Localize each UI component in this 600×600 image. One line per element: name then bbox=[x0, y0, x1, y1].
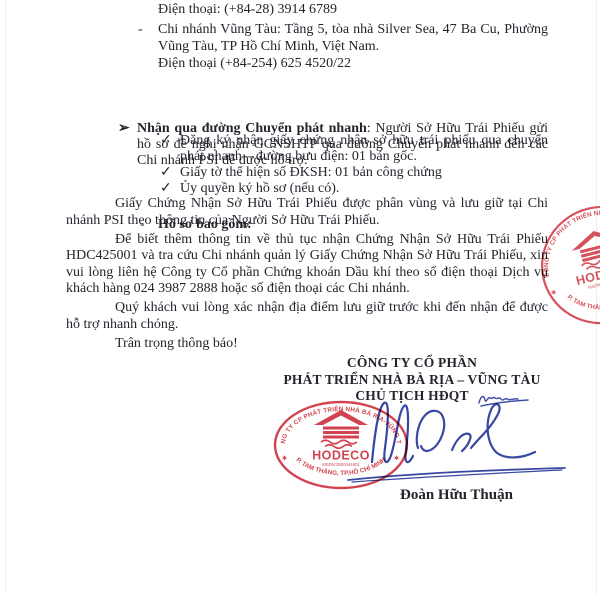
checklist-item-text: Giấy tờ thể hiện số ĐKSH: 01 bản công ch… bbox=[180, 165, 548, 181]
signature-ink bbox=[330, 390, 570, 490]
stamp-star-left: ✱ bbox=[551, 289, 558, 297]
checklist-item: ✓ Ủy quyền ký hồ sơ (nếu có). bbox=[160, 181, 548, 197]
stamp-house-logo-icon bbox=[568, 225, 600, 264]
branch-address: Chi nhánh Vũng Tàu: Tầng 5, tòa nhà Silv… bbox=[158, 21, 548, 55]
branch-phone-line: Điện thoại: (+84-28) 3914 6789 bbox=[158, 2, 337, 18]
branch-phone: Điện thoại (+84-254) 625 4520/22 bbox=[158, 55, 548, 72]
checklist-item-text: Đăng ký nhận giấy chứng nhận sở hữu trái… bbox=[180, 133, 548, 165]
checklist-item: ✓ Giấy tờ thể hiện số ĐKSH: 01 bản công … bbox=[160, 165, 548, 181]
paragraph: Giấy Chứng Nhận Sở Hữu Trái Phiếu được p… bbox=[66, 196, 548, 229]
paragraph: Quý khách vui lòng xác nhận địa điểm lưu… bbox=[66, 300, 548, 333]
dossier-checklist: ✓ Đăng ký nhận giấy chứng nhận sở hữu tr… bbox=[160, 133, 548, 197]
checklist-item-text: Ủy quyền ký hồ sơ (nếu có). bbox=[180, 181, 548, 197]
dash-bullet-icon: - bbox=[138, 21, 143, 38]
arrow-bullet-icon: ➢ bbox=[118, 121, 130, 137]
page-left-edge bbox=[5, 0, 6, 594]
branch-item: - Chi nhánh Vũng Tàu: Tầng 5, tòa nhà Si… bbox=[138, 21, 548, 72]
checkmark-icon: ✓ bbox=[160, 181, 172, 197]
company-name-line2: PHÁT TRIỂN NHÀ BÀ RỊA – VŨNG TÀU bbox=[278, 372, 546, 389]
checkmark-icon: ✓ bbox=[160, 133, 172, 149]
checkmark-icon: ✓ bbox=[160, 165, 172, 181]
company-name-line1: CÔNG TY CỔ PHẦN bbox=[278, 355, 546, 372]
stamp-star-left: ✱ bbox=[282, 455, 287, 462]
checklist-item: ✓ Đăng ký nhận giấy chứng nhận sở hữu tr… bbox=[160, 133, 548, 165]
paragraph: Để biết thêm thông tin về thủ tục nhận C… bbox=[66, 232, 548, 298]
closing-line: Trân trọng thông báo! bbox=[66, 336, 548, 353]
scanned-notice-document: Điện thoại: (+84-28) 3914 6789 - Chi nhá… bbox=[0, 0, 600, 600]
body-paragraphs: Giấy Chứng Nhận Sở Hữu Trái Phiếu được p… bbox=[66, 196, 548, 355]
